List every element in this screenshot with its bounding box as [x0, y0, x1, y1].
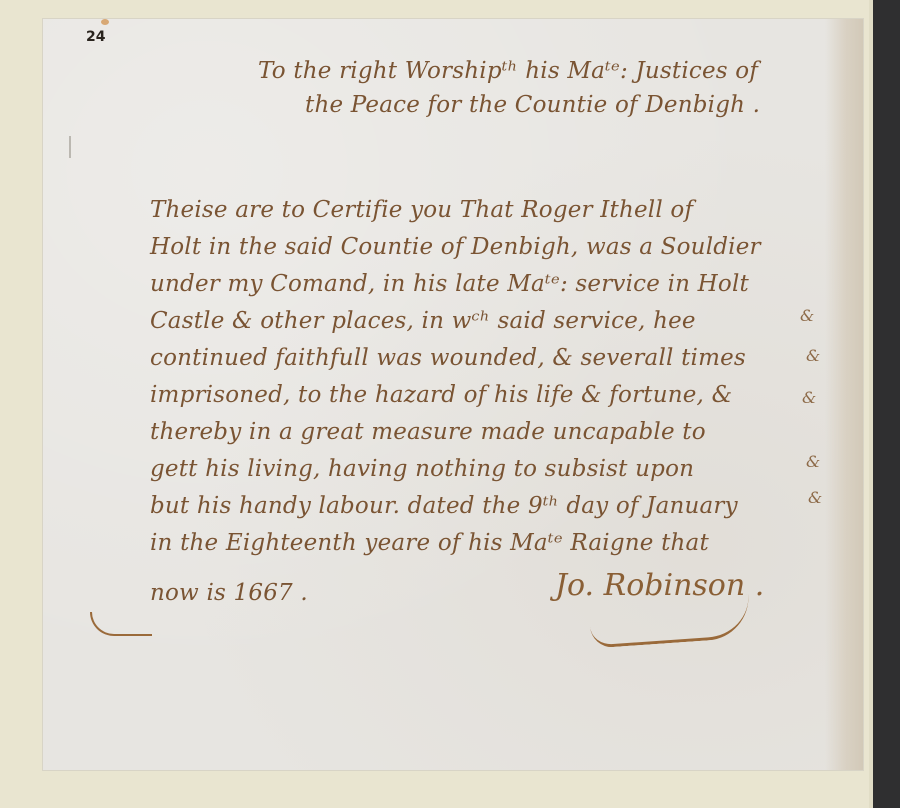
mount-edge	[869, 0, 873, 808]
ink-stain	[101, 19, 109, 25]
address-line-2: the Peace for the Countie of Denbigh .	[305, 92, 760, 118]
body-line: Theise are to Certifie you That Roger It…	[150, 197, 693, 223]
body-line: continued faithfull was wounded, & sever…	[150, 345, 746, 371]
margin-mark: &	[800, 306, 814, 325]
address-line-1: To the right Worshipᵗʰ his Maᵗᵉ: Justice…	[258, 58, 758, 84]
body-line: Castle & other places, in wᶜʰ said servi…	[150, 308, 696, 334]
body-line: under my Comand, in his late Maᵗᵉ: servi…	[150, 271, 749, 297]
body-line: in the Eighteenth yeare of his Maᵗᵉ Raig…	[150, 530, 709, 556]
margin-mark: &	[806, 346, 820, 365]
margin-mark: &	[802, 388, 816, 407]
margin-mark: &	[808, 488, 822, 507]
torn-edge	[825, 19, 863, 770]
body-line: but his handy labour. dated the 9ᵗʰ day …	[150, 493, 738, 519]
margin-mark: &	[806, 452, 820, 471]
body-line: thereby in a great measure made uncapabl…	[150, 419, 706, 445]
body-line: Holt in the said Countie of Denbigh, was…	[150, 234, 761, 260]
pencil-mark	[69, 136, 76, 158]
dark-border	[873, 0, 900, 808]
body-line: now is 1667 .	[150, 580, 308, 606]
body-line: gett his living, having nothing to subsi…	[150, 456, 694, 482]
body-line: imprisoned, to the hazard of his life & …	[150, 382, 732, 408]
folio-number: 24	[86, 29, 105, 45]
